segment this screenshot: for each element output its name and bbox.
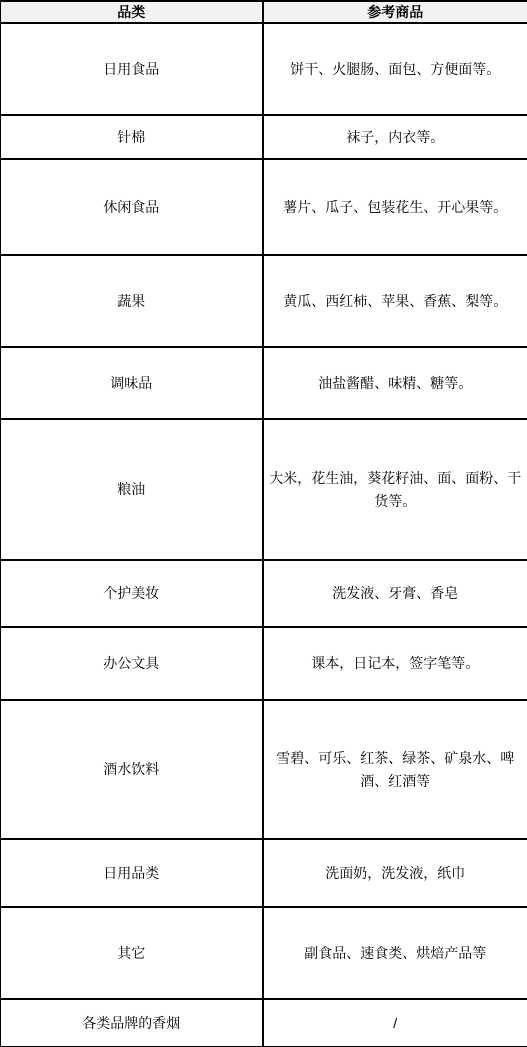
table-row: 各类品牌的香烟 / (1, 999, 527, 1047)
table-row: 日用食品 饼干、火腿肠、面包、方便面等。 (1, 23, 527, 115)
reference-items-cell: 课本，日记本，签字笔等。 (263, 627, 527, 700)
reference-items-cell: 饼干、火腿肠、面包、方便面等。 (263, 23, 527, 115)
header-reference: 参考商品 (263, 1, 527, 23)
category-cell: 酒水饮料 (1, 700, 263, 839)
table-row: 其它 副食品、速食类、烘焙产品等 (1, 907, 527, 999)
category-cell: 其它 (1, 907, 263, 999)
category-table: 品类 参考商品 日用食品 饼干、火腿肠、面包、方便面等。 针棉 袜子，内衣等。 … (0, 0, 527, 1047)
reference-items-cell: 洗面奶，洗发液，纸巾 (263, 839, 527, 907)
table-row: 办公文具 课本，日记本，签字笔等。 (1, 627, 527, 700)
reference-items-cell: 雪碧、可乐、红茶、绿茶、矿泉水、啤酒、红酒等 (263, 700, 527, 839)
reference-items-cell: 油盐酱醋、味精、糖等。 (263, 347, 527, 419)
header-category: 品类 (1, 1, 263, 23)
table-row: 个护美妆 洗发液、牙膏、香皂 (1, 560, 527, 627)
category-cell: 日用食品 (1, 23, 263, 115)
reference-items-cell: 副食品、速食类、烘焙产品等 (263, 907, 527, 999)
table-row: 调味品 油盐酱醋、味精、糖等。 (1, 347, 527, 419)
page: 品类 参考商品 日用食品 饼干、火腿肠、面包、方便面等。 针棉 袜子，内衣等。 … (0, 0, 527, 1047)
table-row: 休闲食品 薯片、瓜子、包装花生、开心果等。 (1, 159, 527, 255)
reference-items-cell: / (263, 999, 527, 1047)
table-row: 酒水饮料 雪碧、可乐、红茶、绿茶、矿泉水、啤酒、红酒等 (1, 700, 527, 839)
category-cell: 蔬果 (1, 255, 263, 347)
reference-items-cell: 薯片、瓜子、包装花生、开心果等。 (263, 159, 527, 255)
table-row: 粮油 大米，花生油，葵花籽油、面、面粉、干货等。 (1, 419, 527, 560)
category-cell: 针棉 (1, 115, 263, 159)
reference-items-cell: 大米，花生油，葵花籽油、面、面粉、干货等。 (263, 419, 527, 560)
reference-items-cell: 洗发液、牙膏、香皂 (263, 560, 527, 627)
category-cell: 日用品类 (1, 839, 263, 907)
table-row: 日用品类 洗面奶，洗发液，纸巾 (1, 839, 527, 907)
table-row: 蔬果 黄瓜、西红柿、苹果、香蕉、梨等。 (1, 255, 527, 347)
category-cell: 调味品 (1, 347, 263, 419)
category-cell: 粮油 (1, 419, 263, 560)
reference-items-cell: 黄瓜、西红柿、苹果、香蕉、梨等。 (263, 255, 527, 347)
table-row: 针棉 袜子，内衣等。 (1, 115, 527, 159)
header-row: 品类 参考商品 (1, 1, 527, 23)
reference-items-cell: 袜子，内衣等。 (263, 115, 527, 159)
category-cell: 个护美妆 (1, 560, 263, 627)
category-cell: 休闲食品 (1, 159, 263, 255)
category-cell: 各类品牌的香烟 (1, 999, 263, 1047)
category-cell: 办公文具 (1, 627, 263, 700)
